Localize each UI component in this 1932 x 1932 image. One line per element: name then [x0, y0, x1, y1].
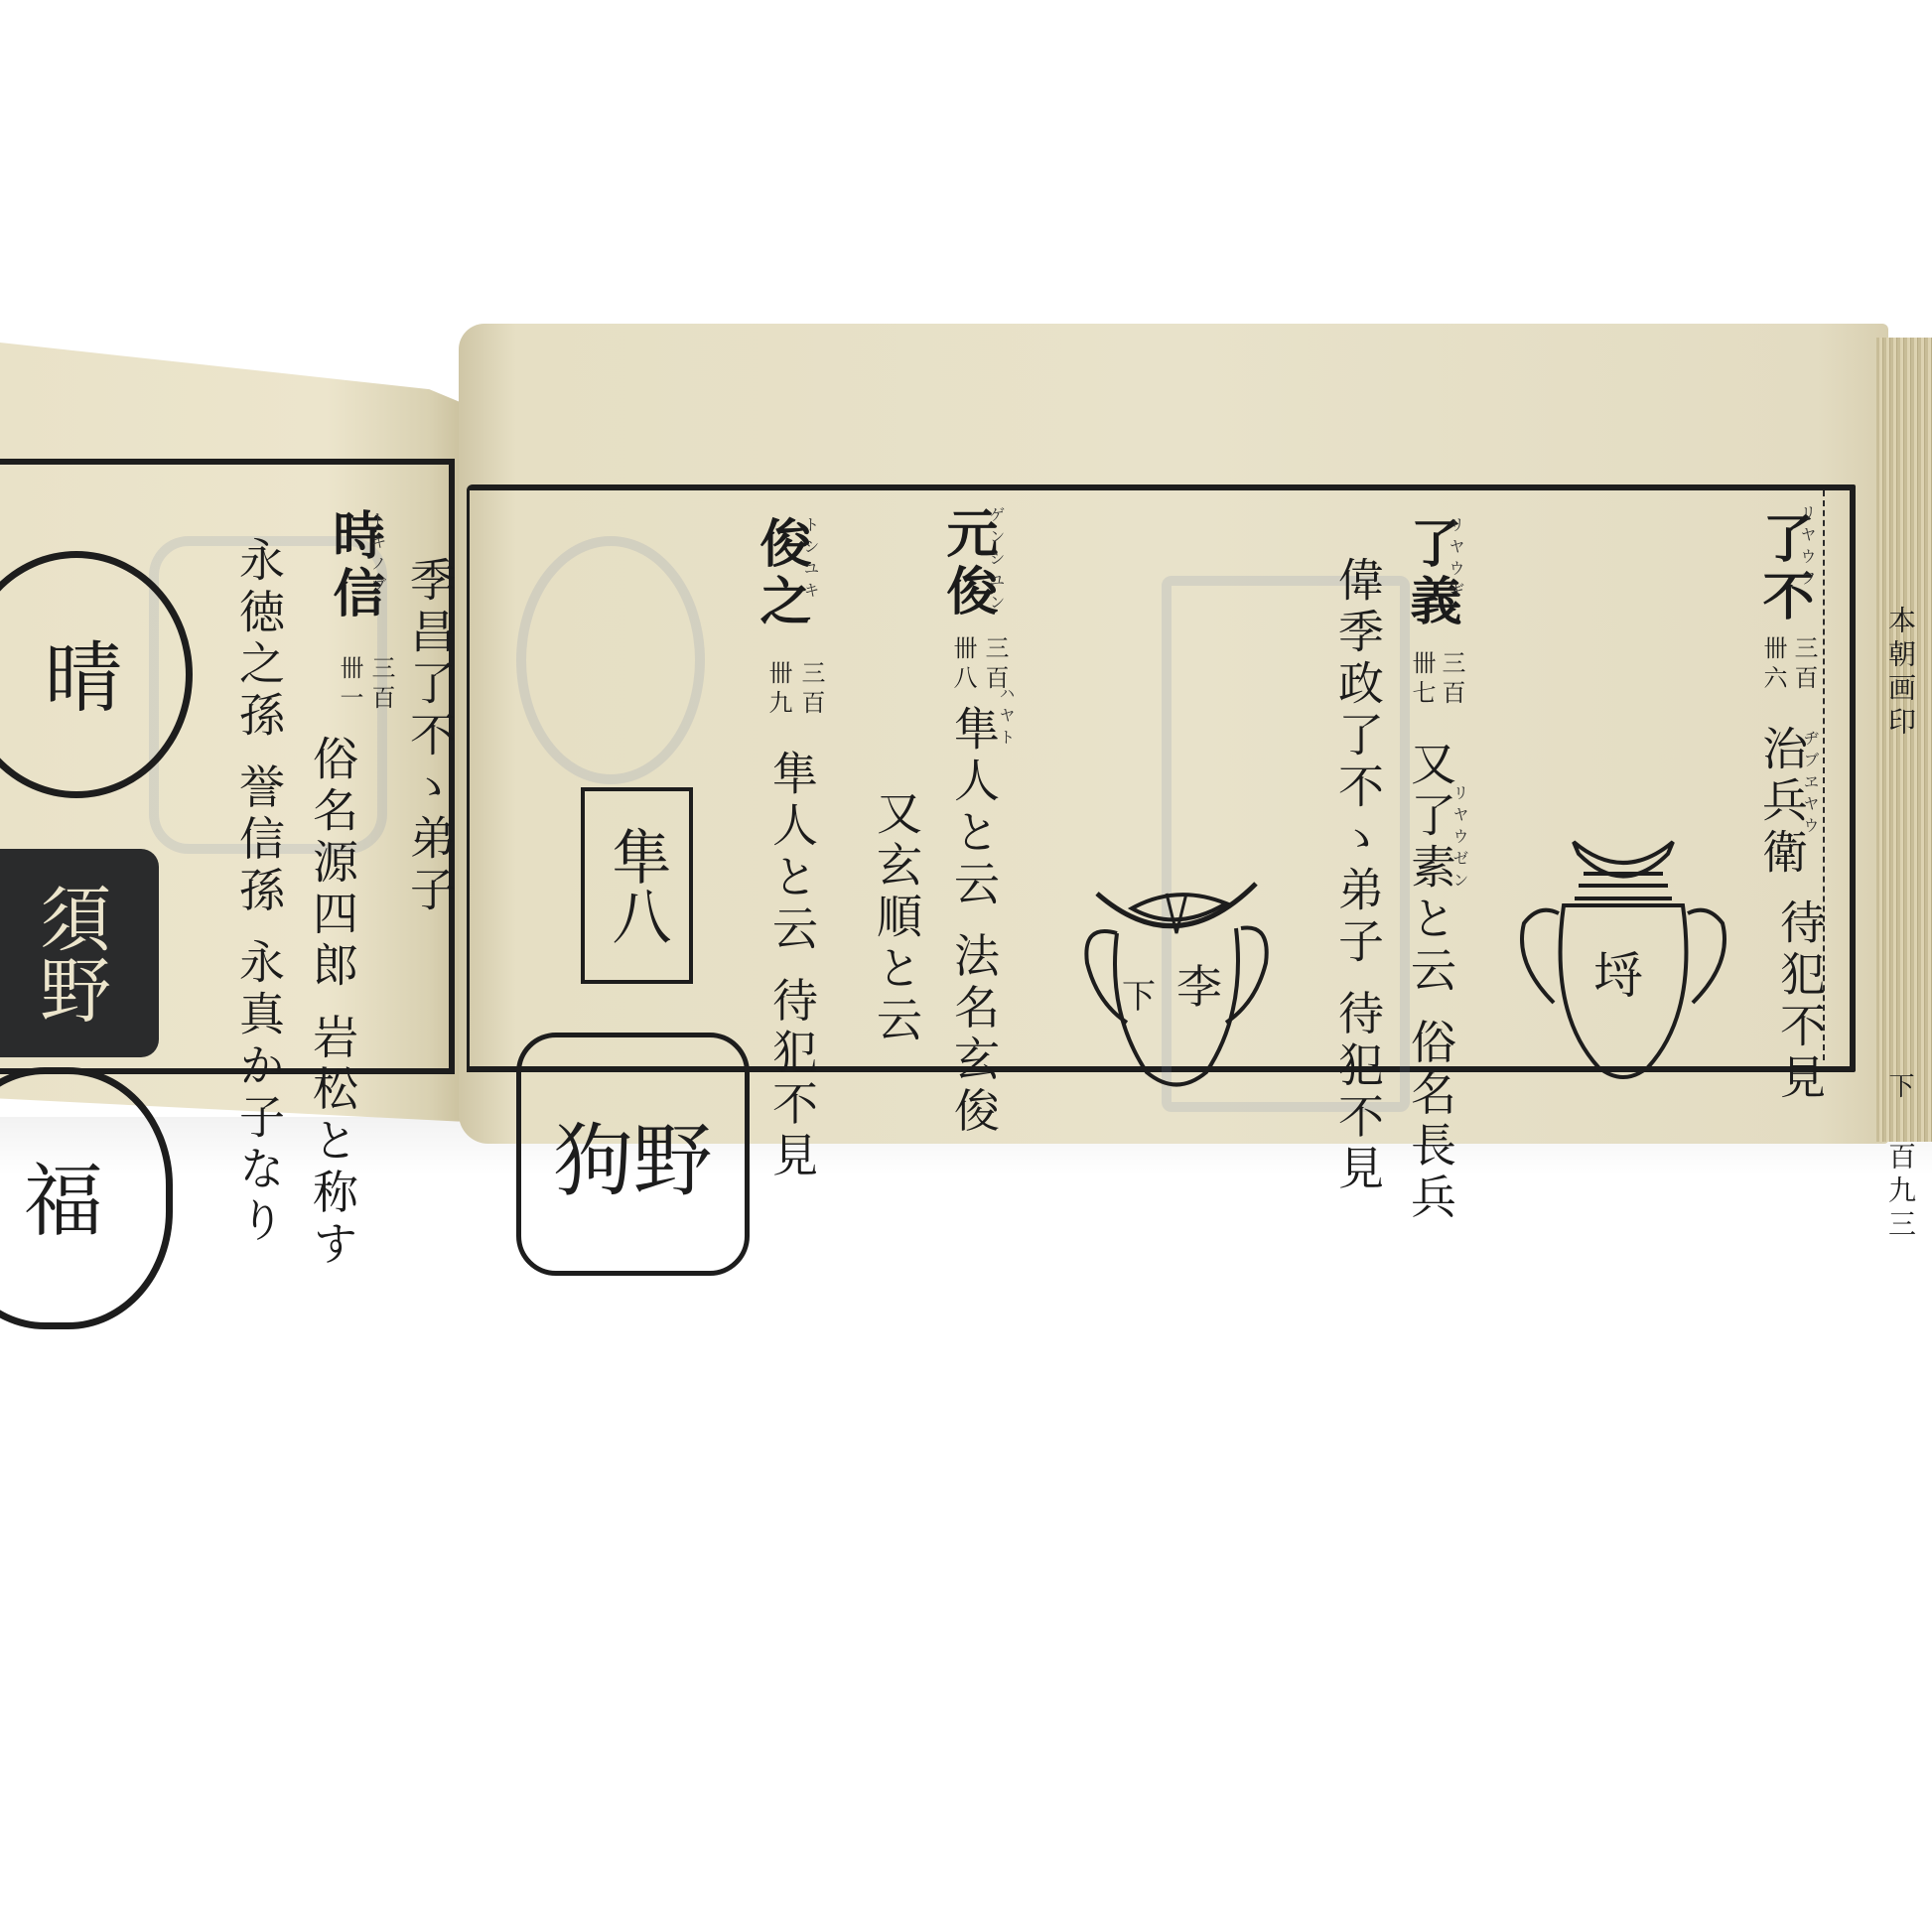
entry-reading: リヤウフ — [1799, 504, 1815, 592]
entry-sub-number: 卌九 — [766, 660, 790, 720]
left-sub-number: 卌一 — [338, 655, 361, 715]
entry-text: 又了素と云 俗名長兵 — [1408, 740, 1453, 1225]
entry-text-column2: 偉季政了不ゝ弟子 待犯不見 — [1335, 556, 1381, 1196]
margin-volume: 下 — [1886, 1072, 1912, 1104]
entry-number: 三百 — [1792, 635, 1816, 695]
entry-sub-number: 卌六 — [1761, 635, 1785, 695]
entry-text: 隼人と云 待犯不見 — [769, 750, 815, 1183]
entry-sub-number: 卌八 — [951, 635, 975, 695]
entry-reading: トシユキ — [802, 516, 818, 604]
svg-text:埒: 埒 — [1593, 947, 1643, 1005]
entry-text-reading: ヂブヱヤウ — [1802, 730, 1818, 839]
seal-oval-bottom: 福 — [0, 1067, 173, 1329]
entry-heading-genshun: 元俊 — [941, 506, 993, 621]
entry-reading: ゲンシユン — [988, 506, 1004, 616]
entry-note: 待犯不見 — [1777, 898, 1823, 1105]
entry-text: 治兵衛 — [1759, 725, 1805, 880]
left-column-1: 季昌了不ゝ弟子 — [407, 556, 453, 1072]
left-heading-reading: トキノブ — [369, 511, 385, 599]
helmet-seal-icon: 李 下 — [1077, 874, 1276, 1102]
margin-page-number: 百九三 — [1886, 1142, 1914, 1243]
entry-text-column2: 又玄順と云 — [874, 789, 919, 1047]
seal-rounded-kuno: 狗野 — [516, 1033, 750, 1276]
seal-rect-hayato: 隼八 — [581, 787, 693, 984]
entry-text-reading: リヤウゼン — [1451, 784, 1467, 894]
svg-text:李: 李 — [1176, 960, 1222, 1014]
book-photo: 晴 須野 福 季昌了不ゝ弟子 時信 トキノブ 三百 卌一 俗名源四郎 岩松と称す… — [0, 0, 1932, 1932]
entry-heading-toshiyuki: 俊之 — [755, 516, 806, 631]
bleed-through-ghost — [516, 536, 705, 784]
left-column-3: 永徳之孫 誉信孫 永真か子なり — [236, 536, 282, 1248]
entry-reading: リヤウギ — [1448, 516, 1463, 604]
entry-number: 三百 — [1440, 650, 1463, 710]
left-number: 三百 — [369, 655, 393, 715]
entry-number: 三百 — [799, 660, 823, 720]
margin-title: 本朝画印 — [1886, 606, 1914, 741]
vase-seal-icon: 埒 — [1499, 814, 1747, 1112]
seal-dark-square: 須野 — [0, 849, 159, 1057]
left-column-2: 俗名源四郎 岩松と称す — [310, 735, 355, 1272]
svg-text:下: 下 — [1122, 977, 1156, 1017]
entry-sub-number: 卌七 — [1410, 650, 1434, 710]
entry-text-reading: ハヤト — [998, 685, 1014, 751]
entry-text: 隼人と云 法名玄俊 — [951, 705, 997, 1139]
